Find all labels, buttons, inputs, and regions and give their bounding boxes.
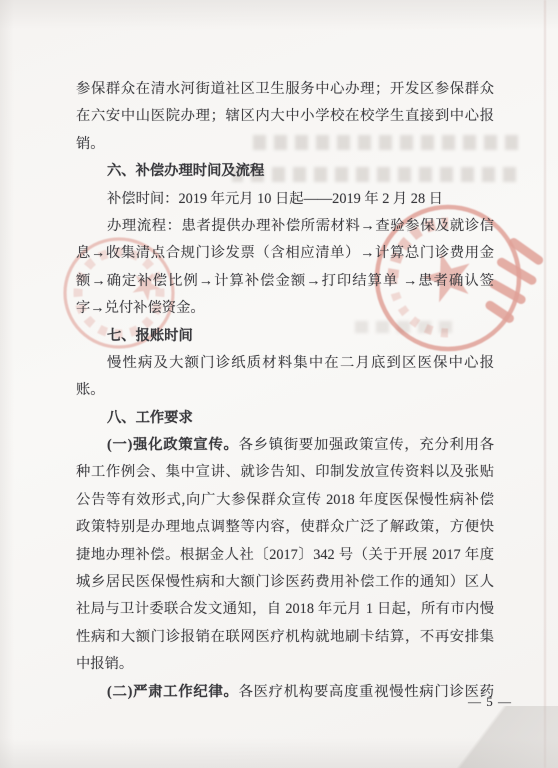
line-text: 销。 (76, 136, 105, 152)
page-number: — 5 — (468, 694, 512, 710)
line-text: 社局与卫计委联合发文通知，自 2018 年元月 1 日起，所有市内慢 (76, 601, 494, 617)
line-text: 公告等有效形式,向广大参保群众宣传 2018 年度医保慢性病补偿 (76, 492, 494, 508)
text-line: 息→收集清点合规门诊发票（含相应清单）→计算总门诊费用金 (76, 240, 494, 267)
line-text: 各医疗机构要高度重视慢性病门诊医药 (239, 684, 494, 700)
line-text: 捷地办理补偿。根据金人社〔2017〕342 号（关于开展 2017 年度 (76, 547, 494, 563)
text-line: 在六安中山医院办理；辖区内大中小学校在校学生直接到中心报 (76, 103, 494, 130)
text-line: 七、报账时间 (76, 323, 494, 350)
line-text: 字→兑付补偿资金。 (76, 300, 205, 316)
line-text: 参保群众在清水河街道社区卫生服务中心办理；开发区参保群众 (76, 81, 494, 97)
line-bold-segment: (一)强化政策宣传。 (107, 437, 239, 453)
line-text: 中报销。 (76, 656, 133, 672)
text-line: 慢性病及大额门诊纸质材料集中在二月底到区医保中心报 (76, 350, 494, 377)
text-line: 六、补偿办理时间及流程 (76, 158, 494, 185)
line-text: 补偿时间：2019 年元月 10 日起——2019 年 2 月 28 日 (107, 191, 443, 207)
text-line: 公告等有效形式,向广大参保群众宣传 2018 年度医保慢性病补偿 (76, 487, 494, 514)
line-text: 城乡居民医保慢性病和大额门诊医药费用补偿工作的通知）区人 (76, 574, 494, 590)
text-line: 性病和大额门诊报销在联网医疗机构就地刷卡结算，不再安排集 (76, 624, 494, 651)
line-text: 种工作例会、集中宣讲、就诊告知、印制发放宣传资料以及张贴 (76, 464, 494, 480)
line-text: 在六安中山医院办理；辖区内大中小学校在校学生直接到中心报 (76, 108, 494, 124)
line-bold-segment: 六、补偿办理时间及流程 (107, 163, 264, 179)
scan-corner-shadow (383, 706, 558, 768)
line-text: 账。 (76, 382, 105, 398)
text-line: 八、工作要求 (76, 405, 494, 432)
line-text: 政策特别是办理地点调整等内容，使群众广泛了解政策，方便快 (76, 519, 494, 535)
text-line: (二)严肃工作纪律。各医疗机构要高度重视慢性病门诊医药 (76, 679, 494, 706)
text-line: 补偿时间：2019 年元月 10 日起——2019 年 2 月 28 日 (76, 186, 494, 213)
text-line: 额→确定补偿比例→计算补偿金额→打印结算单 →患者确认签 (76, 268, 494, 295)
line-bold-segment: 八、工作要求 (107, 410, 193, 426)
text-line: 中报销。 (76, 651, 494, 678)
text-line: 城乡居民医保慢性病和大额门诊医药费用补偿工作的通知）区人 (76, 569, 494, 596)
line-bold-segment: 七、报账时间 (107, 328, 193, 344)
document-page: 参保群众在清水河街道社区卫生服务中心办理；开发区参保群众在六安中山医院办理；辖区… (0, 0, 558, 768)
line-bold-segment: (二)严肃工作纪律。 (107, 684, 239, 700)
line-text: 额→确定补偿比例→计算补偿金额→打印结算单 →患者确认签 (76, 273, 494, 289)
text-line: 字→兑付补偿资金。 (76, 295, 494, 322)
text-line: 政策特别是办理地点调整等内容，使群众广泛了解政策，方便快 (76, 514, 494, 541)
text-line: 社局与卫计委联合发文通知，自 2018 年元月 1 日起，所有市内慢 (76, 596, 494, 623)
line-text: 慢性病及大额门诊纸质材料集中在二月底到区医保中心报 (107, 355, 494, 371)
text-line: 账。 (76, 377, 494, 404)
text-line: 销。 (76, 131, 494, 158)
document-body: 参保群众在清水河街道社区卫生服务中心办理；开发区参保群众在六安中山医院办理；辖区… (76, 76, 494, 706)
text-line: 办理流程：患者提供办理补偿所需材料→查验参保及就诊信 (76, 213, 494, 240)
text-line: (一)强化政策宣传。各乡镇街要加强政策宣传，充分利用各 (76, 432, 494, 459)
text-line: 参保群众在清水河街道社区卫生服务中心办理；开发区参保群众 (76, 76, 494, 103)
line-text: 息→收集清点合规门诊发票（含相应清单）→计算总门诊费用金 (76, 245, 494, 261)
line-text: 各乡镇街要加强政策宣传，充分利用各 (239, 437, 494, 453)
line-text: 性病和大额门诊报销在联网医疗机构就地刷卡结算，不再安排集 (76, 629, 494, 645)
text-line: 种工作例会、集中宣讲、就诊告知、印制发放宣传资料以及张贴 (76, 459, 494, 486)
text-line: 捷地办理补偿。根据金人社〔2017〕342 号（关于开展 2017 年度 (76, 542, 494, 569)
line-text: 办理流程：患者提供办理补偿所需材料→查验参保及就诊信 (107, 218, 494, 234)
